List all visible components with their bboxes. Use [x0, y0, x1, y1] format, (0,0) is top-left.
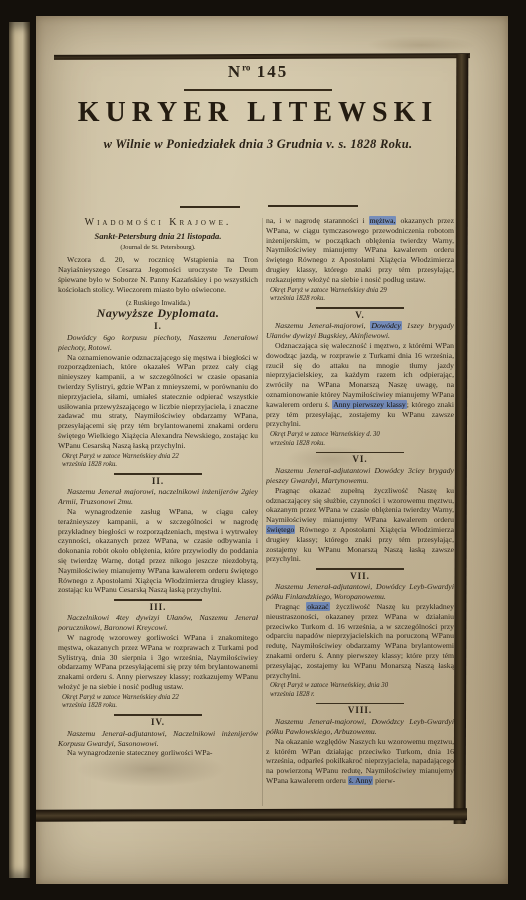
masthead-date-line: w Wilnie w Poniedziałek dnia 3 Grudnia v…: [46, 137, 470, 152]
section-addressee: Naszemu Jenerał majorowi, naczelnikowi i…: [58, 487, 258, 507]
search-highlight: Dowódcy: [370, 321, 401, 330]
section-numeral: II.: [58, 477, 258, 487]
section-addressee: Naszemu Jenerał-majorowi, Dowódzcy Leyb-…: [266, 717, 454, 737]
search-highlight: okazać: [306, 602, 329, 611]
diploma-section-5: V. Naszemu Jenerał-majorowi, Dowódcy 1sz…: [266, 307, 454, 448]
subsection-heading-diplomas: Naywyższe Dyplomata.: [58, 309, 258, 319]
intro-paragraph: Wczora d. 20, w rocznicę Wstąpienia na T…: [58, 255, 258, 294]
section-body: Na okazanie względów Naszych ku wzorowem…: [266, 737, 454, 786]
newspaper-page: Nro 145 KURYER LITEWSKI w Wilnie w Ponie…: [36, 16, 508, 884]
adjacent-page-edge: [9, 22, 30, 878]
search-highlight: mężtwa,: [369, 216, 397, 225]
issue-divider-rule: [184, 89, 332, 91]
masthead: Nro 145 KURYER LITEWSKI w Wilnie w Ponie…: [46, 62, 470, 152]
issue-superscript: ro: [242, 62, 250, 72]
issue-prefix: N: [228, 62, 242, 81]
masthead-bottom-rule-right: [268, 205, 358, 207]
continuation-signature: Okręt Paryż w zatoce Warneńskiey dnia 29…: [270, 287, 400, 304]
section-heading-domestic-news: Wiadomości Krajowe.: [58, 218, 258, 228]
section-numeral: V.: [266, 311, 454, 321]
issue-number: Nro 145: [46, 62, 470, 82]
search-highlight: ś. Anny: [348, 776, 374, 785]
diploma-section-7: VII. Naszemu Jenerał-adjutantowi, Dowódc…: [266, 568, 454, 699]
section-body: Na wynagrodzenie zasług WPana, w ciągu c…: [58, 507, 258, 595]
frame-border-right: [454, 54, 469, 824]
continuation-paragraph: na, i w nagrodę staranności i mężtwa, ok…: [266, 216, 454, 285]
section-addressee: Naczelnikowi 4tey dywizyi Ułanów, Naszem…: [58, 613, 258, 633]
section-body: Pragnąc okazać życzliwość Naszę ku przyk…: [266, 602, 454, 680]
diploma-section-6: VI. Naszemu Jenerał-adjutantowi Dowódcy …: [266, 452, 454, 564]
section-rule: [114, 473, 202, 475]
source-note: (Journal de St. Petersbourg).: [58, 243, 258, 253]
section-numeral: VII.: [266, 572, 454, 582]
section-body: Odznaczająca się waleczność i męztwo, z …: [266, 341, 454, 429]
search-highlight: Anny pierwszey klassy: [332, 400, 406, 409]
section-addressee: Naszemu Jenerał-adjutantowi Dowódcy 3cie…: [266, 466, 454, 486]
column-divider-rule: [262, 218, 263, 806]
right-column: na, i w nagrodę staranności i mężtwa, ok…: [266, 216, 454, 808]
section-body: Na oznamienowanie odznaczającego się męs…: [58, 353, 258, 451]
section-signature: Okręt Paryż w zatoce Warneńskiey dnia 22…: [62, 694, 192, 711]
section-signature: Okręt Paryż w zatoce Warneńskiey dnia 22…: [62, 453, 192, 470]
section-rule: [316, 307, 404, 309]
diploma-section-3: III. Naczelnikowi 4tey dywizyi Ułanów, N…: [58, 599, 258, 710]
section-numeral: IV.: [58, 718, 258, 728]
section-numeral: VIII.: [266, 706, 454, 716]
diploma-section-8: VIII. Naszemu Jenerał-majorowi, Dowódzcy…: [266, 703, 454, 786]
frame-border-bottom: [36, 808, 467, 822]
frame-border-top: [54, 53, 470, 60]
search-highlight: świętego: [266, 525, 295, 534]
section-numeral: III.: [58, 603, 258, 613]
dateline: Sankt-Petersburg dnia 21 listopada.: [58, 232, 258, 242]
section-addressee: Naszemu Jenerał-adjutantowi, Dowódcy Ley…: [266, 582, 454, 602]
section-rule: [316, 452, 404, 454]
section-addressee: Naszemu Jenerał-majorowi, Dowódcy 1szey …: [266, 321, 454, 341]
section-addressee: Dowódcy 6go korpusu piechoty, Naszemu Je…: [58, 333, 258, 353]
issue-value: 145: [257, 62, 289, 81]
section-addressee: Naszemu Jenerał-adjutantowi, Naczelnikow…: [58, 729, 258, 749]
section-body: Pragnąc okazać zupełną życzliwość Naszę …: [266, 486, 454, 564]
diploma-section-2: II. Naszemu Jenerał majorowi, naczelniko…: [58, 473, 258, 595]
diploma-section-4: IV. Naszemu Jenerał-adjutantowi, Naczeln…: [58, 714, 258, 758]
section-body: Na wynagrodzenie stateczney gorliwości W…: [58, 748, 258, 758]
newspaper-title: KURYER LITEWSKI: [46, 97, 470, 129]
masthead-bottom-rule-left: [180, 206, 240, 208]
section-rule: [114, 599, 202, 601]
diploma-section-1: I. Dowódcy 6go korpusu piechoty, Naszemu…: [58, 322, 258, 469]
section-signature: Okręt Paryż w zatoce Warneńskiey, dnia 3…: [270, 682, 400, 699]
section-rule: [316, 703, 404, 705]
section-rule: [316, 568, 404, 570]
paper-stain: [366, 36, 476, 54]
section-rule: [114, 714, 202, 716]
section-numeral: VI.: [266, 455, 454, 465]
section-signature: Okręt Paryż w zatoce Warneńskiey d. 30 w…: [270, 431, 400, 448]
section-numeral: I.: [58, 322, 258, 332]
left-column: Wiadomości Krajowe. Sankt-Petersburg dni…: [58, 216, 258, 808]
section-body: W nagrodę wzorowey gorliwości WPana i zn…: [58, 633, 258, 692]
